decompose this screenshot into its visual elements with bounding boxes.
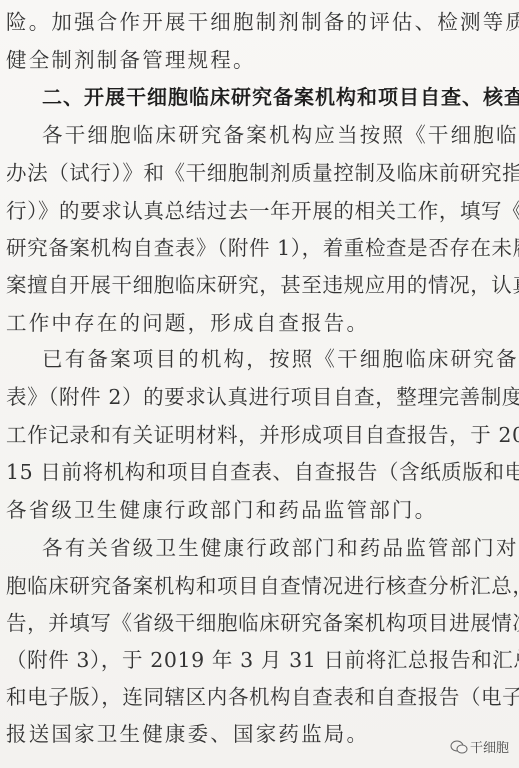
watermark-label: 干细胞 <box>470 737 509 756</box>
text-line: 胞临床研究备案机构和项目自查情况进行核查分析汇总，形成报 <box>6 573 519 599</box>
text-line: 各省级卫生健康行政部门和药品监管部门。 <box>6 497 437 523</box>
text-line: 案擅自开展干细胞临床研究，甚至违规应用的情况，认真总结分析 <box>6 272 519 298</box>
text-line: 15 日前将机构和项目自查表、自查报告（含纸质版和电子版）报送 <box>6 459 519 485</box>
text-line: 工作中存在的问题，形成自查报告。 <box>6 310 369 336</box>
text-line: （附件 3），于 2019 年 3 月 31 日前将汇总报告和汇总表（含纸质版 <box>6 647 519 673</box>
text-line: 办法（试行）》和《干细胞制剂质量控制及临床前研究指导原则（试 <box>6 160 519 186</box>
watermark: 干细胞 <box>450 737 509 756</box>
text-line: 研究备案机构自查表》（附件 1），着重检查是否存在未履行项目备 <box>6 235 519 261</box>
text-line: 行）》的要求认真总结过去一年开展的相关工作，填写《干细胞临床 <box>6 198 519 224</box>
text-line: 险。加强合作开展干细胞制剂制备的评估、检测等质量管理，建立 <box>6 9 519 35</box>
text-line: 告，并填写《省级干细胞临床研究备案机构项目进展情况汇总表》 <box>6 610 519 636</box>
document-page: 险。加强合作开展干细胞制剂制备的评估、检测等质量管理，建立 健全制剂制备管理规程… <box>0 0 519 768</box>
text-line: 表》（附件 2）的要求认真进行项目自查，整理完善制度文件，保存 <box>6 384 519 410</box>
text-line: 工作记录和有关证明材料，并形成项目自查报告，于 2019 年 3 月 <box>6 422 519 448</box>
section-heading-2: 二、开展干细胞临床研究备案机构和项目自查、核查 <box>42 84 519 110</box>
text-line: 和电子版），连同辖区内各机构自查表和自查报告（电子版），分别 <box>6 684 519 710</box>
text-line: 各有关省级卫生健康行政部门和药品监管部门对辖区内干细 <box>42 535 519 561</box>
text-line: 健全制剂制备管理规程。 <box>6 47 256 73</box>
text-line: 各干细胞临床研究备案机构应当按照《干细胞临床研究管理 <box>42 122 519 148</box>
text-line: 报送国家卫生健康委、国家药监局。 <box>6 721 369 747</box>
wechat-icon <box>450 740 468 754</box>
text-line: 已有备案项目的机构，按照《干细胞临床研究备案项目自查 <box>42 346 519 372</box>
